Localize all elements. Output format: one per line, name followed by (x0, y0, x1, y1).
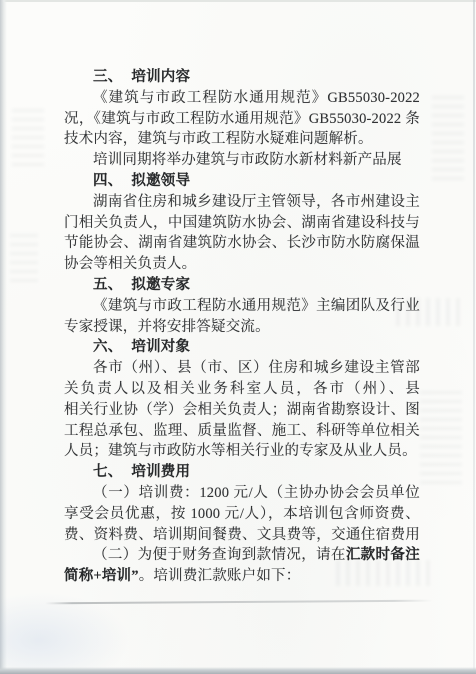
scan-edge-bottom (0, 667, 476, 674)
scan-edge-left (0, 0, 7, 674)
text-line: 门相关负责人，中国建筑防水协会、湖南省建设科技与建筑 (64, 213, 420, 234)
text-line: （一）培训费：1200 元/人（主协办协会会员单位参训人员 (64, 483, 420, 504)
document-page: 三、培训内容 《建筑与市政工程防水通用规范》GB55030-2022 编制概 况… (0, 0, 476, 674)
section-number: 四、 (93, 173, 122, 189)
text-line: 培训同期将举办建筑与市政防水新材料新产品展示。 (64, 150, 420, 171)
text-line: 湖南省住房和城乡建设厅主管领导，各市州建设主管部 (64, 192, 420, 213)
remittance-note-line-2: 简称+培训”。培训费汇款账户如下： (64, 566, 420, 587)
text-line: 享受会员优惠，按 1000 元/人），本培训包含师资费、场地 (64, 504, 420, 525)
text-line: 节能协会、湖南省建筑防水协会、长沙市防水防腐保温行业 (64, 233, 420, 254)
section-title: 培训内容 (131, 69, 190, 85)
text-line: 《建筑与市政工程防水通用规范》主编团队及行业知名 (64, 296, 420, 317)
section-heading-6: 六、培训对象 (64, 337, 420, 358)
text-line: 关负责人以及相关业务科室人员，各市（州）、县（市、区） (64, 379, 420, 400)
text-line: 况，《建筑与市政工程防水通用规范》GB55030-2022 条款及 (64, 109, 420, 130)
section-title: 拟邀领导 (131, 173, 190, 189)
scan-corner-tint (0, 592, 130, 672)
section-title: 培训对象 (131, 339, 190, 355)
text-line: 技术内容，建筑与市政工程防水疑难问题解析。 (64, 129, 420, 150)
text-line: 相关行业协（学）会相关负责人；湖南省勘察设计、图审、 (64, 400, 420, 421)
section-heading-7: 七、培训费用 (64, 462, 420, 483)
bleed-through-mark (10, 228, 38, 282)
note-text: 。培训费汇款账户如下： (139, 568, 301, 584)
text-line: 人员；建筑与市政防水等相关行业的专家及从业人员。 (64, 441, 420, 462)
section-heading-4: 四、拟邀领导 (64, 171, 420, 192)
text-line: 各市（州）、县（市、区）住房和城乡建设主管部门相 (64, 358, 420, 379)
section-heading-3: 三、培训内容 (64, 67, 420, 88)
text-line: 工程总承包、监理、质量监督、施工、科研等单位相关从业 (64, 421, 420, 442)
note-bold-text: 简称+培训” (64, 568, 139, 584)
section-title: 拟邀专家 (131, 277, 190, 293)
section-number: 七、 (93, 464, 122, 480)
text-line: 《建筑与市政工程防水通用规范》GB55030-2022 编制概 (64, 88, 420, 109)
section-heading-5: 五、拟邀专家 (64, 275, 420, 296)
bleed-through-mark (12, 108, 44, 166)
bleed-through-mark (420, 388, 462, 484)
section-number: 六、 (93, 339, 122, 355)
note-text: （二）为便于财务查询到款情况，请在 (93, 547, 346, 563)
text-line: 专家授课，并将安排答疑交流。 (64, 317, 420, 338)
scan-edge-top (0, 0, 476, 2)
document-body: 三、培训内容 《建筑与市政工程防水通用规范》GB55030-2022 编制概 况… (64, 67, 420, 587)
section-number: 五、 (93, 277, 122, 293)
section-title: 培训费用 (131, 464, 190, 480)
bleed-through-mark (432, 92, 464, 180)
section-number: 三、 (93, 69, 122, 85)
remittance-note-line-1: （二）为便于财务查询到款情况，请在汇款时备注“单位 (64, 545, 420, 566)
scan-edge-right (473, 0, 475, 674)
text-line: 费、资料费、培训期间餐费、文具费等，交通住宿费用自理。 (64, 525, 420, 546)
text-line: 协会等相关负责人。 (64, 254, 420, 275)
